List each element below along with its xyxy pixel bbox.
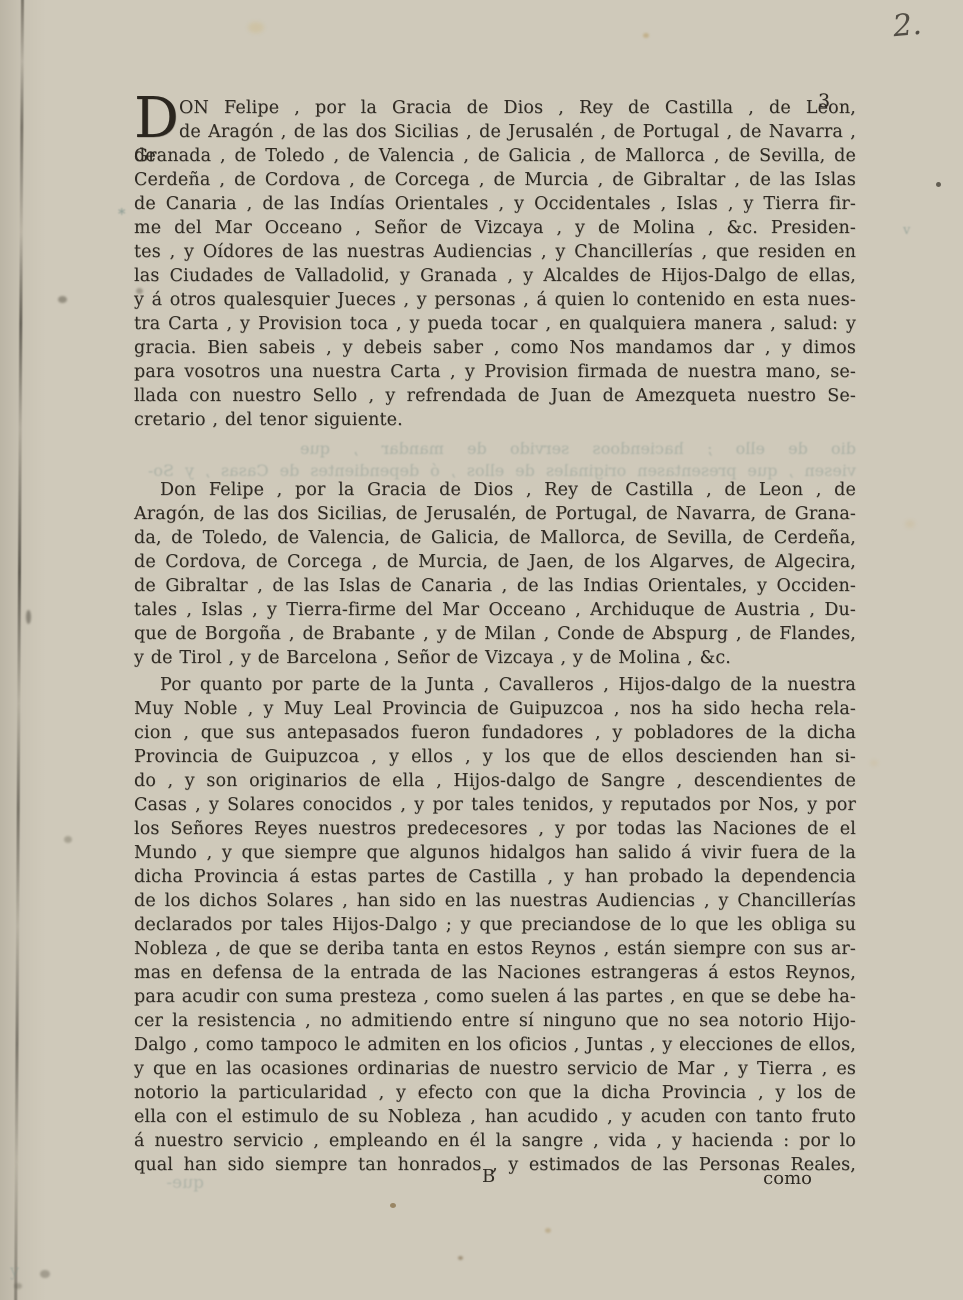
text-line: y á otros qualesquier Jueces , y persona… bbox=[134, 288, 856, 312]
paper-speck bbox=[64, 836, 72, 843]
pen-mark: v bbox=[903, 220, 917, 242]
text-line: ON Felipe , por la Gracia de Dios , Rey … bbox=[134, 96, 856, 120]
text-line: llada con nuestro Sello , y refrendada d… bbox=[134, 384, 856, 408]
paper-speck bbox=[58, 296, 67, 303]
paper-speck bbox=[390, 1203, 396, 1208]
text-line: notorio la particularidad , y efecto con… bbox=[134, 1081, 856, 1105]
text-line: declarados por tales Hijos-Dalgo ; y que… bbox=[134, 913, 856, 937]
text-line: Don Felipe , por la Gracia de Dios , Rey… bbox=[134, 478, 856, 502]
paper-speck bbox=[936, 182, 941, 187]
text-line: tes , y Oídores de las nuestras Audienci… bbox=[134, 240, 856, 264]
text-line: Granada , de Toledo , de Valencia , de G… bbox=[134, 144, 856, 168]
text-line: Cerdeña , de Cordova , de Corcega , de M… bbox=[134, 168, 856, 192]
catchword: como bbox=[763, 1168, 812, 1189]
paper-speck bbox=[870, 760, 878, 766]
text-line: y de Tirol , y de Barcelona , Señor de V… bbox=[134, 646, 856, 670]
text-line: Provincia de Guipuzcoa , y ellos , y los… bbox=[134, 745, 856, 769]
text-line: para acudir con suma presteza , como sue… bbox=[134, 985, 856, 1009]
text-line: á nuestro servicio , empleando en él la … bbox=[134, 1129, 856, 1153]
paragraph-royal-intitulation-first: DON Felipe , por la Gracia de Dios , Rey… bbox=[134, 96, 856, 432]
text-line: gracia. Bien sabeis , y debeis saber , c… bbox=[134, 336, 856, 360]
paper-speck bbox=[40, 1270, 50, 1278]
text-line: dicha Provincia á estas partes de Castil… bbox=[134, 865, 856, 889]
text-line: Mundo , y que siempre que algunos hidalg… bbox=[134, 841, 856, 865]
text-line: tales , Islas , y Tierra-firme del Mar O… bbox=[134, 598, 856, 622]
scanned-document-page: 2. 3 DON Felipe , por la Gracia de Dios … bbox=[0, 0, 963, 1300]
paper-speck bbox=[905, 520, 915, 528]
text-line: ella con el estimulo de su Nobleza , han… bbox=[134, 1105, 856, 1129]
paragraph-petition-guipuzcoa: Por quanto por parte de la Junta , Caval… bbox=[134, 673, 856, 1177]
paper-speck bbox=[26, 610, 31, 624]
pen-mark: * bbox=[118, 203, 130, 225]
text-line: para vosotros una nuestra Carta , y Prov… bbox=[134, 360, 856, 384]
text-line: Dalgo , como tampoco le admiten en los o… bbox=[134, 1033, 856, 1057]
binding-crease-line bbox=[14, 0, 23, 1300]
text-line: de los dichos Solares , han sido en las … bbox=[134, 889, 856, 913]
text-line: cion , que sus antepasados fueron fundad… bbox=[134, 721, 856, 745]
text-line: de Aragón , de las dos Sicilias , de Jer… bbox=[134, 120, 856, 144]
drop-cap-letter: D bbox=[134, 96, 172, 142]
text-line: mas en defensa de la entrada de las Naci… bbox=[134, 961, 856, 985]
paper-speck bbox=[248, 22, 264, 33]
text-line: do , y son originarios de ella , Hijos-d… bbox=[134, 769, 856, 793]
text-line: Muy Noble , y Muy Leal Provincia de Guip… bbox=[134, 697, 856, 721]
binding-gutter-shade bbox=[0, 0, 46, 1300]
text-line: me del Mar Occeano , Señor de Vizcaya , … bbox=[134, 216, 856, 240]
handwritten-folio-number: 2. bbox=[892, 7, 924, 44]
signature-mark: B bbox=[482, 1166, 495, 1187]
text-line: las Ciudades de Valladolid, y Granada , … bbox=[134, 264, 856, 288]
text-line: Casas , y Solares conocidos , y por tale… bbox=[134, 793, 856, 817]
text-line: cretario , del tenor siguiente. bbox=[134, 408, 856, 432]
text-block: DON Felipe , por la Gracia de Dios , Rey… bbox=[134, 96, 856, 1177]
paper-speck bbox=[458, 1256, 463, 1260]
text-line: de Gibraltar , de las Islas de Canaria ,… bbox=[134, 574, 856, 598]
text-line: Por quanto por parte de la Junta , Caval… bbox=[134, 673, 856, 697]
text-line: cer la resistencia , no admitiendo entre… bbox=[134, 1009, 856, 1033]
text-line: los Señores Reyes nuestros predecesores … bbox=[134, 817, 856, 841]
text-line: tra Carta , y Provision toca , y pueda t… bbox=[134, 312, 856, 336]
text-line: Nobleza , de que se deriba tanta en esto… bbox=[134, 937, 856, 961]
text-line: Aragón, de las dos Sicilias, de Jerusalé… bbox=[134, 502, 856, 526]
text-line: de Canaria , de las Indías Orientales , … bbox=[134, 192, 856, 216]
text-line: de Cordova, de Corcega , de Murcia, de J… bbox=[134, 550, 856, 574]
pen-mark: y bbox=[10, 1260, 30, 1282]
text-line: que de Borgoña , de Brabante , y de Mila… bbox=[134, 622, 856, 646]
paper-speck bbox=[545, 1228, 551, 1233]
paragraph-royal-intitulation-second: Don Felipe , por la Gracia de Dios , Rey… bbox=[134, 478, 856, 670]
catchword-row: B como bbox=[134, 1166, 856, 1192]
text-line: y que en las ocasiones ordinarias de nue… bbox=[134, 1057, 856, 1081]
paper-speck bbox=[643, 33, 649, 38]
text-line: da, de Toledo, de Valencia, de Galicia, … bbox=[134, 526, 856, 550]
